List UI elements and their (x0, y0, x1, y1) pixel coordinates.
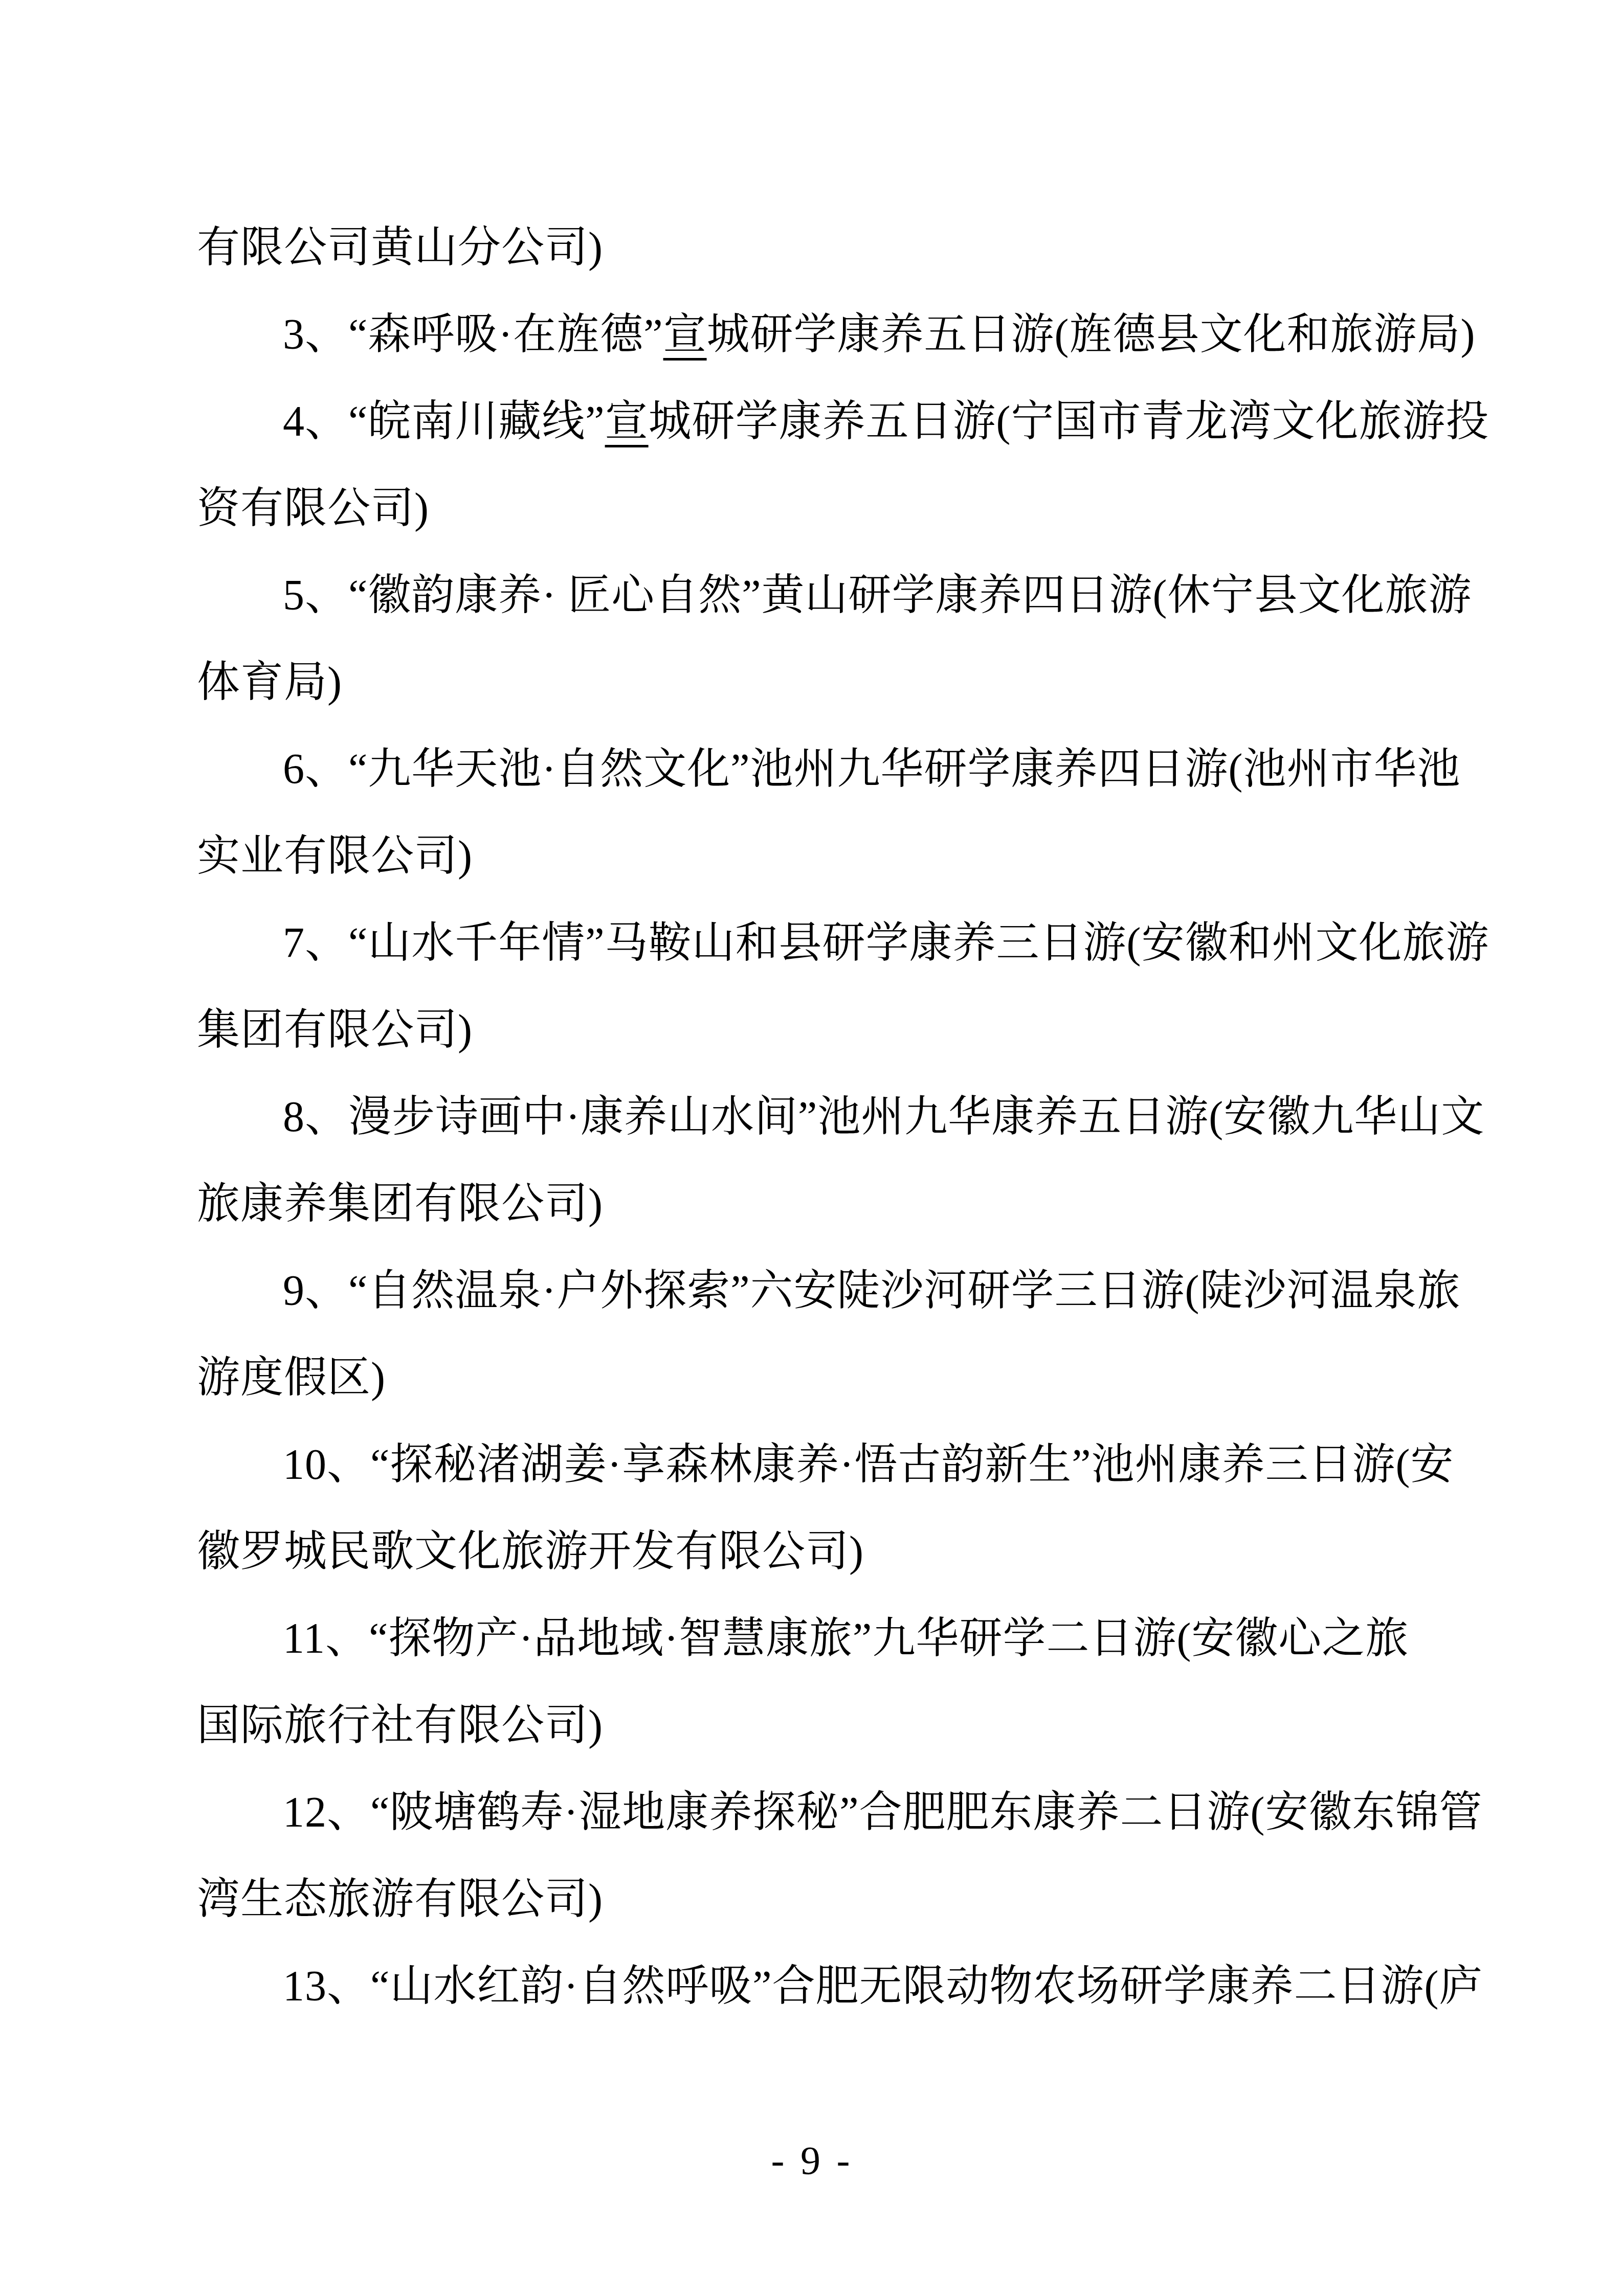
text-run: 5、“徽韵康养· 匠心自然”黄山研学康养四日游(休宁县文化旅游 (283, 572, 1472, 619)
text-run: 7、“山水千年情”马鞍山和县研学康养三日游(安徽和州文化旅游 (283, 919, 1489, 967)
text-run: 城研学康养五日游(旌德县文化和旅游局) (707, 311, 1476, 358)
text-line: 资有限公司) (197, 465, 1427, 552)
text-run: 12、“陂塘鹤寿·湿地康养探秘”合肥肥东康养二日游(安徽东锦管 (283, 1789, 1483, 1836)
text-line: 实业有限公司) (197, 813, 1427, 900)
text-line: 8、漫步诗画中·康养山水间”池州九华康养五日游(安徽九华山文 (197, 1074, 1427, 1161)
text-run: 3、“森呼吸·在旌德” (283, 311, 663, 358)
text-line: 12、“陂塘鹤寿·湿地康养探秘”合肥肥东康养二日游(安徽东锦管 (197, 1769, 1427, 1856)
text-run: 实业有限公司) (197, 832, 473, 880)
text-line: 集团有限公司) (197, 987, 1427, 1074)
text-run: 旅康养集团有限公司) (197, 1180, 603, 1228)
text-line: 6、“九华天池·自然文化”池州九华研学康养四日游(池州市华池 (197, 726, 1427, 813)
text-run: 11、“探物产·品地域·智慧康旅”九华研学二日游(安徽心之旅 (283, 1615, 1409, 1662)
text-line: 10、“探秘渚湖姜·享森林康养·悟古韵新生”池州康养三日游(安 (197, 1422, 1427, 1509)
text-line: 体育局) (197, 639, 1427, 726)
document-page: 有限公司黄山分公司)3、“森呼吸·在旌德”宣城研学康养五日游(旌德县文化和旅游局… (0, 0, 1624, 2296)
text-run: 国际旅行社有限公司) (197, 1702, 603, 1749)
page-number-label: - 9 - (771, 2138, 853, 2182)
text-run: 湾生态旅游有限公司) (197, 1876, 603, 1923)
text-run: 城研学康养五日游(宁国市青龙湾文化旅游投 (649, 398, 1489, 445)
text-run: 资有限公司) (197, 485, 429, 532)
text-run: 集团有限公司) (197, 1006, 473, 1054)
text-line: 旅康养集团有限公司) (197, 1161, 1427, 1248)
text-run: 体育局) (197, 659, 342, 706)
text-line: 7、“山水千年情”马鞍山和县研学康养三日游(安徽和州文化旅游 (197, 900, 1427, 987)
text-line: 游度假区) (197, 1335, 1427, 1422)
text-run: 8、漫步诗画中·康养山水间”池州九华康养五日游(安徽九华山文 (283, 1093, 1484, 1141)
text-line: 有限公司黄山分公司) (197, 205, 1427, 291)
text-run: 13、“山水红韵·自然呼吸”合肥无限动物农场研学康养二日游(庐 (283, 1963, 1483, 2010)
text-run: 9、“自然温泉·户外探索”六安陡沙河研学三日游(陡沙河温泉旅 (283, 1267, 1461, 1315)
text-line: 国际旅行社有限公司) (197, 1682, 1427, 1769)
page-number: - 9 - (0, 2117, 1624, 2204)
text-run: 有限公司黄山分公司) (197, 224, 603, 272)
text-line: 5、“徽韵康养· 匠心自然”黄山研学康养四日游(休宁县文化旅游 (197, 552, 1427, 639)
underlined-text: 宣 (605, 398, 649, 445)
text-line: 4、“皖南川藏线”宣城研学康养五日游(宁国市青龙湾文化旅游投 (197, 378, 1427, 465)
text-line: 11、“探物产·品地域·智慧康旅”九华研学二日游(安徽心之旅 (197, 1595, 1427, 1682)
text-run: 徽罗城民歌文化旅游开发有限公司) (197, 1528, 864, 1575)
text-line: 徽罗城民歌文化旅游开发有限公司) (197, 1509, 1427, 1595)
text-run: 游度假区) (197, 1354, 386, 1402)
text-line: 3、“森呼吸·在旌德”宣城研学康养五日游(旌德县文化和旅游局) (197, 291, 1427, 378)
document-body: 有限公司黄山分公司)3、“森呼吸·在旌德”宣城研学康养五日游(旌德县文化和旅游局… (197, 205, 1427, 2030)
text-line: 湾生态旅游有限公司) (197, 1856, 1427, 1943)
text-line: 9、“自然温泉·户外探索”六安陡沙河研学三日游(陡沙河温泉旅 (197, 1248, 1427, 1335)
text-run: 4、“皖南川藏线” (283, 398, 605, 445)
text-run: 6、“九华天池·自然文化”池州九华研学康养四日游(池州市华池 (283, 746, 1461, 793)
underlined-text: 宣 (663, 311, 707, 358)
text-line: 13、“山水红韵·自然呼吸”合肥无限动物农场研学康养二日游(庐 (197, 1943, 1427, 2030)
text-run: 10、“探秘渚湖姜·享森林康养·悟古韵新生”池州康养三日游(安 (283, 1441, 1454, 1489)
